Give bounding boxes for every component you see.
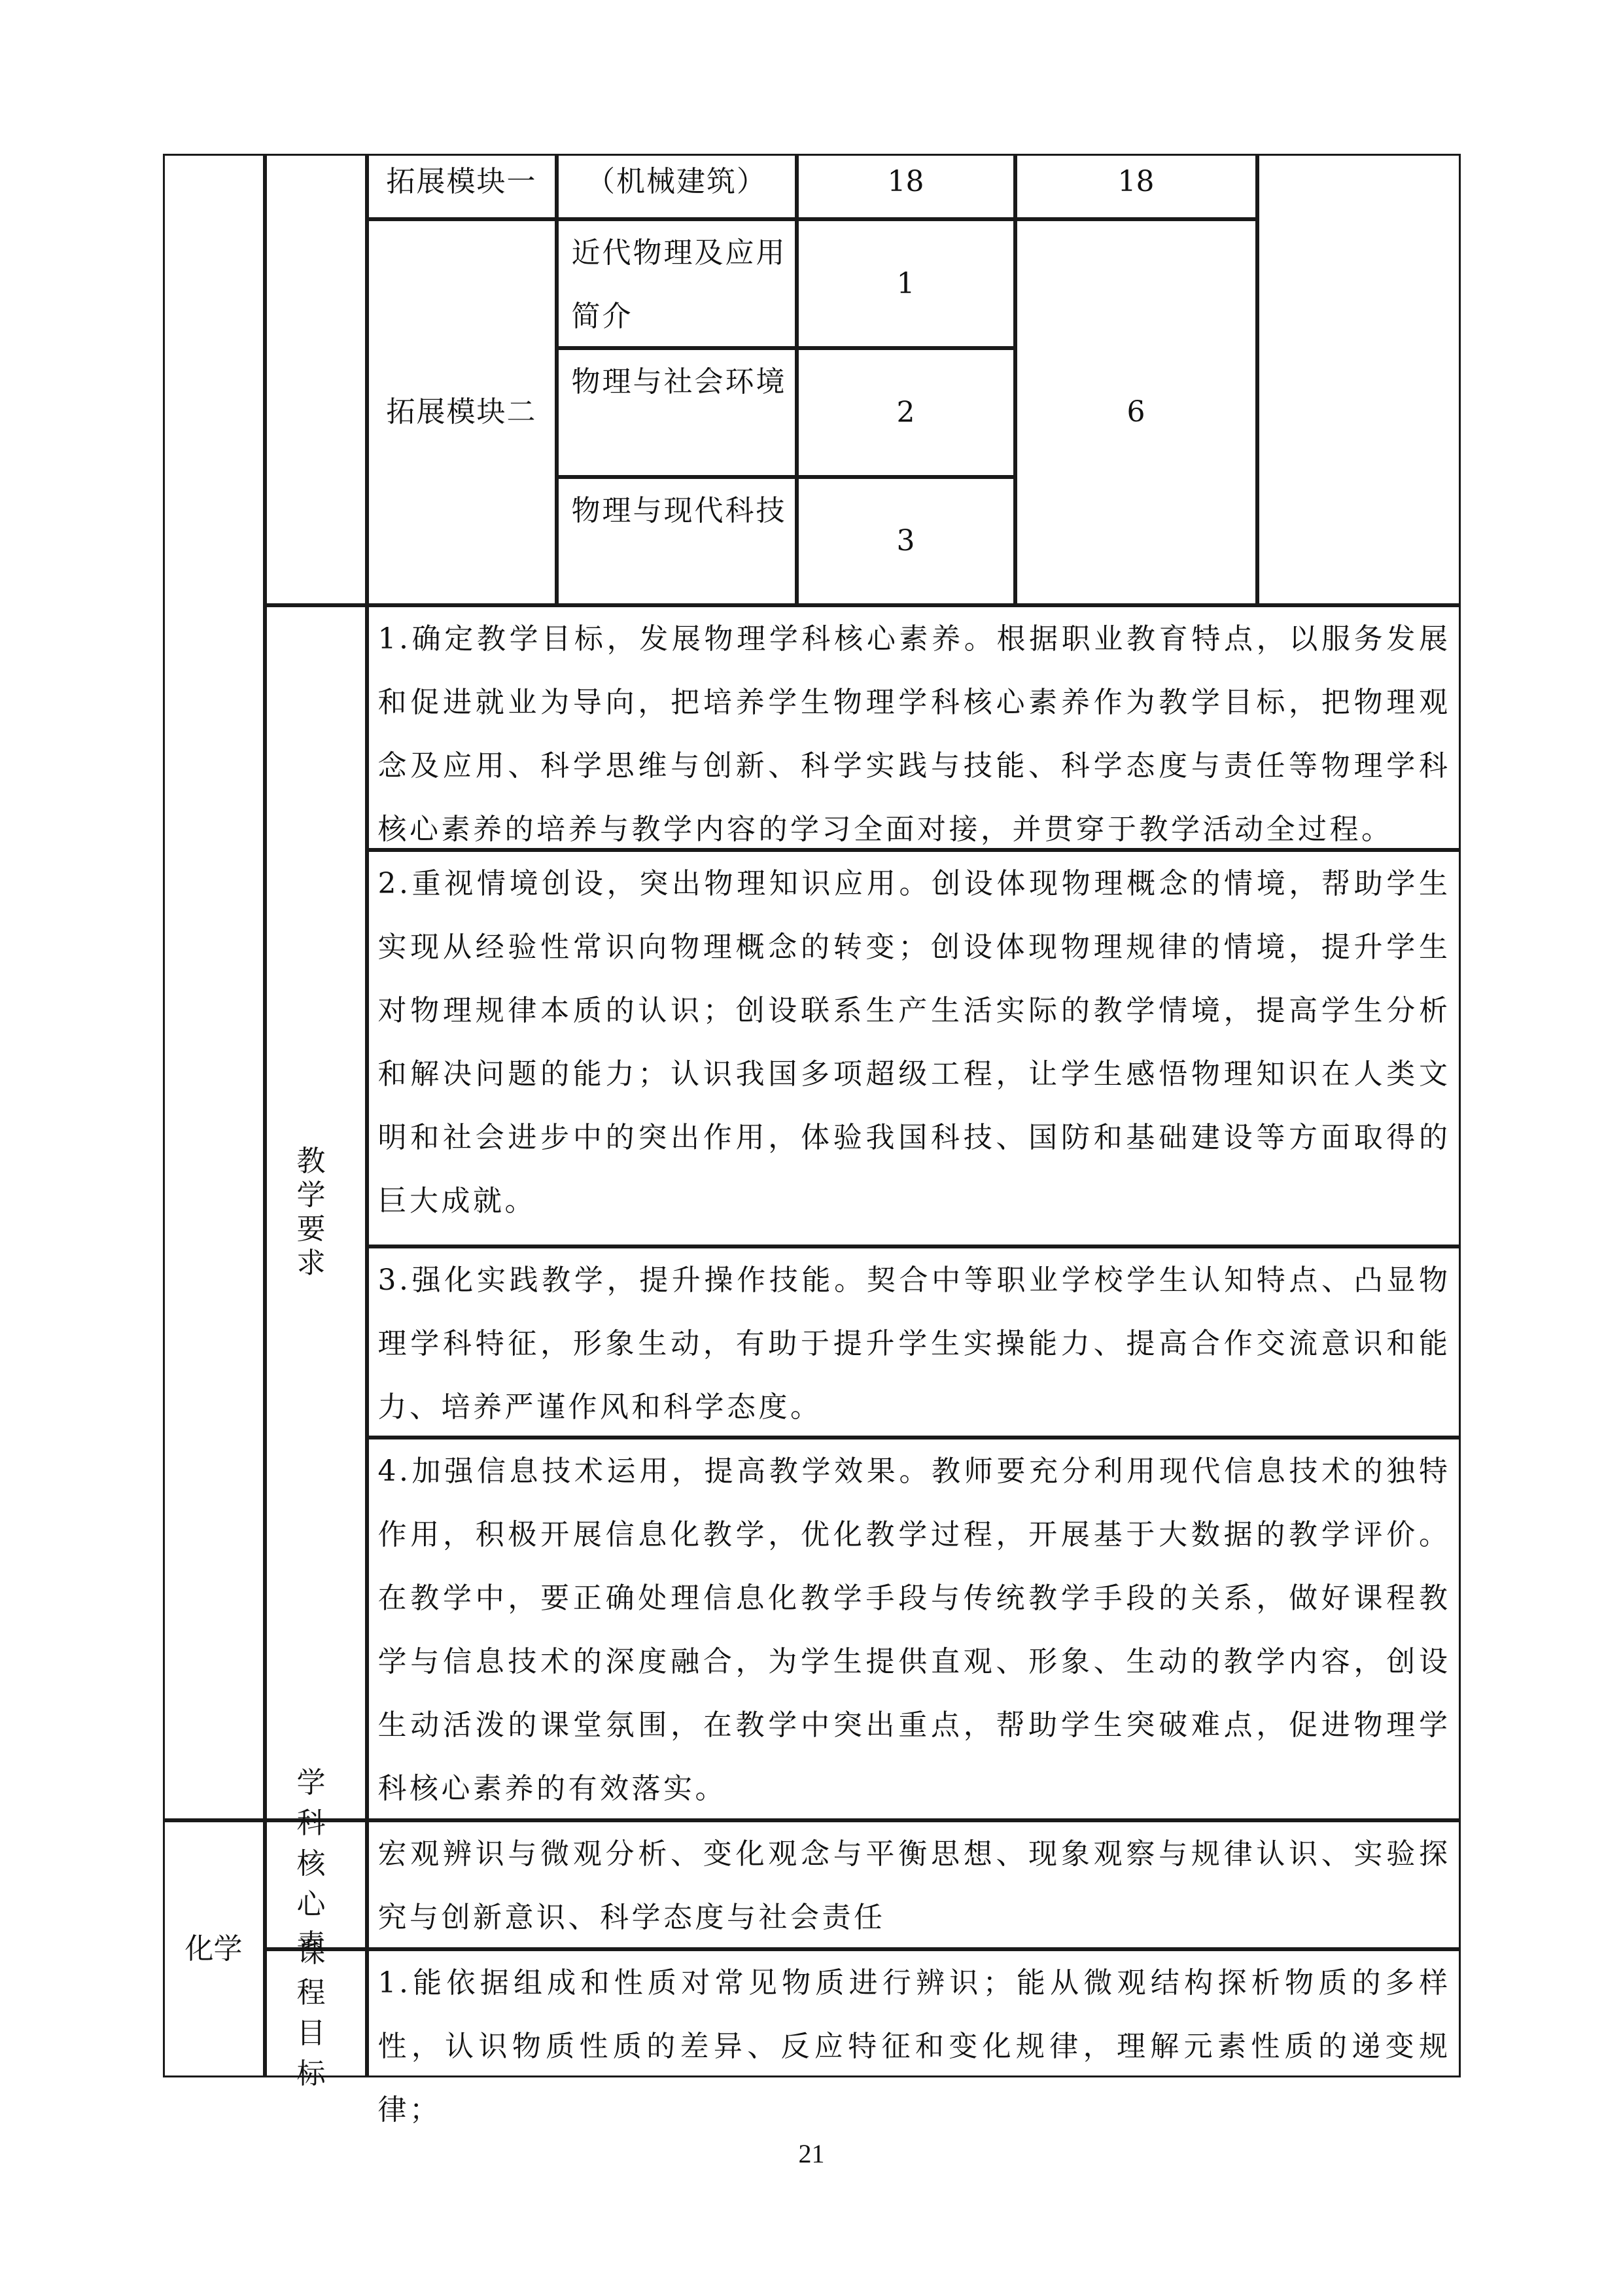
module-hours-cell: 18 [797,154,1015,219]
topic-cell: 物理与社会环境 [557,348,797,477]
core-literacy-label-cell: 学科核心素养 [265,1820,367,1949]
teaching-requirement-paragraph: 2.重视情境创设，突出物理知识应用。创设体现物理概念的情境，帮助学生实现从经验性… [367,850,1461,1246]
module-topic-cell: （机械建筑） [557,154,797,219]
module-hours: 18 [888,156,924,208]
module-topic: （机械建筑） [586,156,767,208]
topic-title: 物理与社会环境 [572,365,787,398]
page-number: 21 [0,2138,1623,2169]
teaching-requirements-label-cell: 教学要求 [265,605,367,1820]
module-total-cell: 18 [1015,154,1257,219]
course-goals-text: 1.能依据组成和性质对常见物质进行辨识；能从微观结构探析物质的多样性，认识物质性… [378,1966,1451,2127]
module-name: 拓展模块一 [387,156,537,208]
subject-cell-chemistry: 化学 [163,1820,265,2077]
topic-title: 物理与现代科技 [572,494,787,527]
teaching-requirement-paragraph: 1.确定教学目标，发展物理学科核心素养。根据职业教育特点，以服务发展和促进就业为… [367,605,1461,850]
topic-hours: 2 [897,381,915,444]
module-total-cell: 6 [1015,219,1257,605]
module-total: 6 [1127,380,1145,444]
topic-title: 近代物理及应用简介 [572,236,787,333]
teaching-requirement-paragraph: 3.强化实践教学，提升操作技能。契合中等职业学校学生认知特点、凸显物理学科特征，… [367,1246,1461,1438]
subject-cell-physics [163,154,265,1820]
topic-hours: 3 [897,509,915,573]
course-goals-label: 课程目标 [280,1932,352,2094]
course-goals-text-cell: 1.能依据组成和性质对常见物质进行辨识；能从微观结构探析物质的多样性，认识物质性… [367,1949,1461,2077]
subject-name: 化学 [185,1917,243,1981]
category-cell-course-content [265,154,367,605]
module-name-cell: 拓展模块一 [367,154,557,219]
module-total: 18 [1118,156,1155,208]
course-goals-label-cell: 课程目标 [265,1949,367,2077]
module-name-cell: 拓展模块二 [367,219,557,605]
core-literacy-text-cell: 宏观辨识与微观分析、变化观念与平衡思想、现象观察与规律认识、实验探究与创新意识、… [367,1820,1461,1949]
topic-hours-cell: 2 [797,348,1015,477]
topic-hours: 1 [897,252,915,315]
remarks-cell [1257,154,1461,605]
module-name: 拓展模块二 [387,380,537,444]
topic-cell: 物理与现代科技 [557,477,797,605]
teaching-requirements-label: 教学要求 [280,1144,352,1280]
topic-cell: 近代物理及应用简介 [557,219,797,348]
core-literacy-text: 宏观辨识与微观分析、变化观念与平衡思想、现象观察与规律认识、实验探究与创新意识、… [378,1837,1451,1934]
teaching-requirement-paragraph: 4.加强信息技术运用，提高教学效果。教师要充分利用现代信息技术的独特作用，积极开… [367,1438,1461,1820]
topic-hours-cell: 3 [797,477,1015,605]
topic-hours-cell: 1 [797,219,1015,348]
